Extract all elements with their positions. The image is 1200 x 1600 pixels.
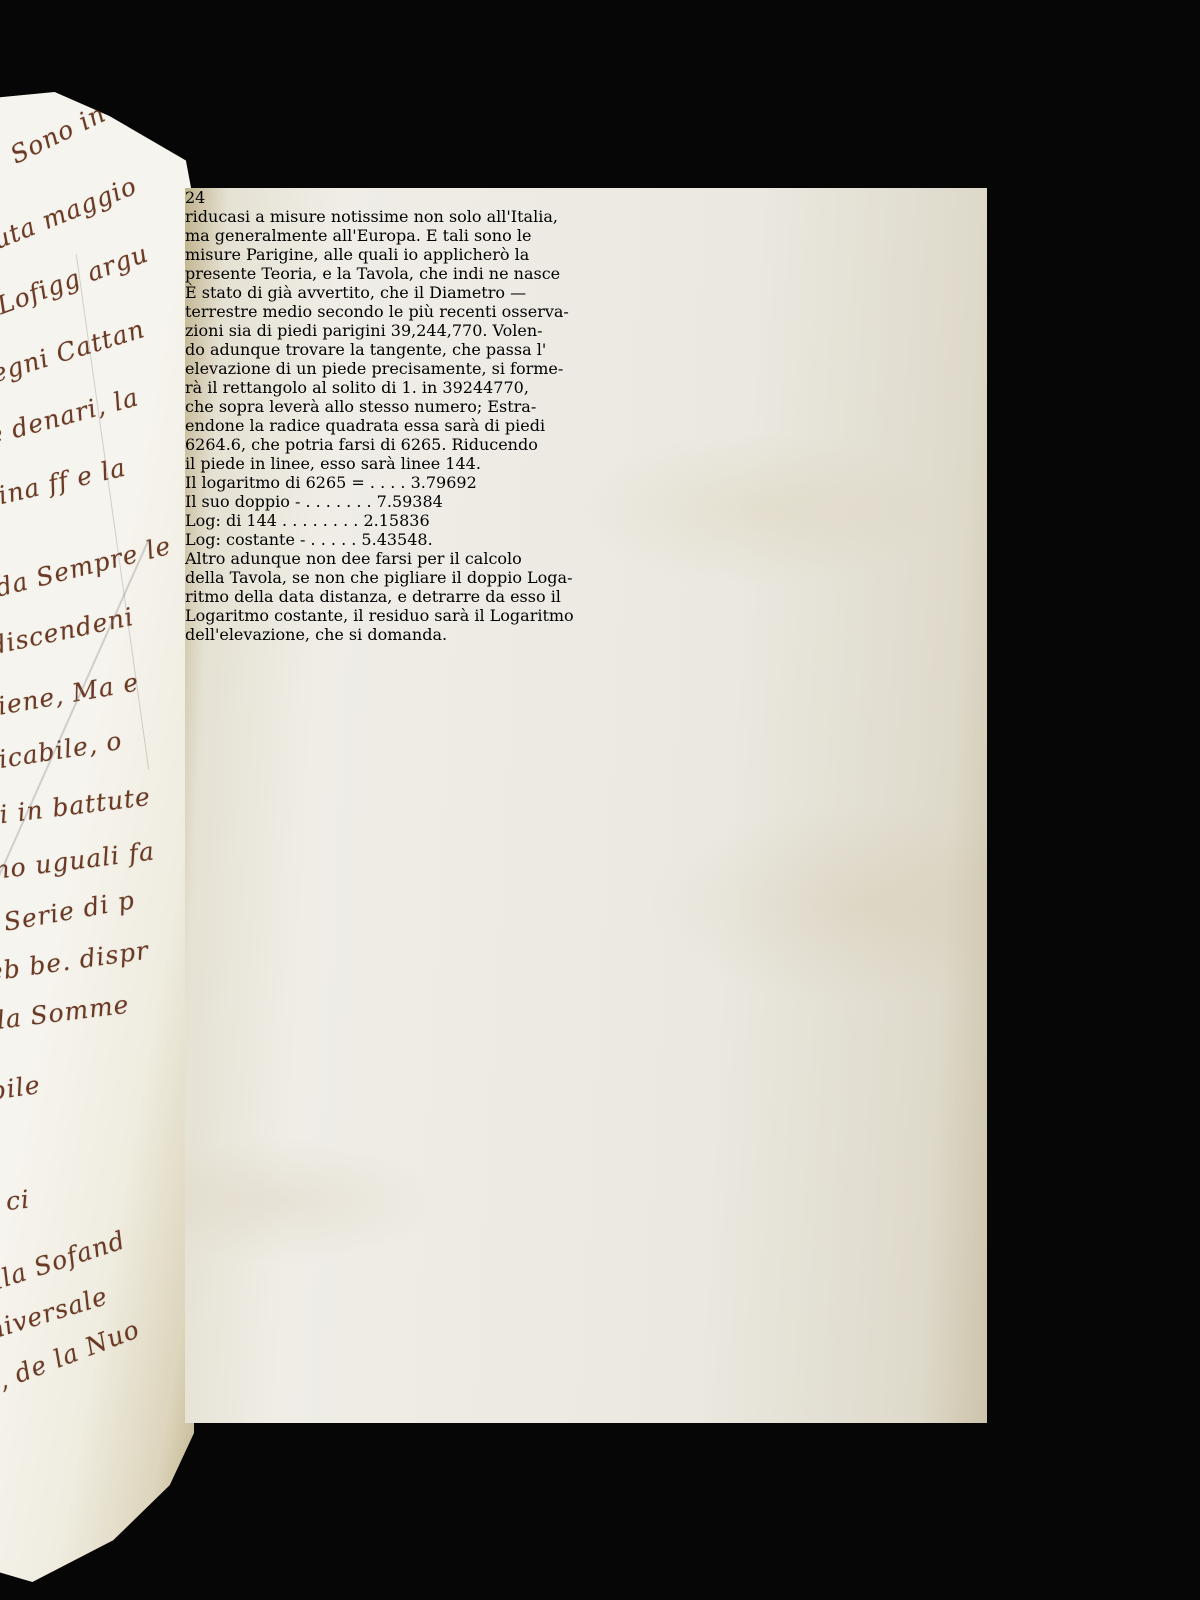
left-page-text-fragment: discendeni bbox=[0, 602, 136, 661]
manuscript-line: presente Teoria, e la Tavola, che indi n… bbox=[185, 264, 987, 283]
log-table-row: Il suo doppio - . . . . . . . 7.59384 bbox=[185, 492, 987, 511]
left-page-text-fragment: iene, Ma e bbox=[0, 667, 141, 720]
left-page-text-fragment: lla Somme bbox=[0, 990, 131, 1036]
log-table-label: Il logaritmo di 6265 = bbox=[185, 473, 365, 492]
log-table-value: 7.59384 bbox=[377, 492, 443, 511]
manuscript-line: ritmo della data distanza, e detrarre da… bbox=[185, 587, 987, 606]
manuscript-line: Altro adunque non dee farsi per il calco… bbox=[185, 549, 987, 568]
left-page-text-fragment: si in battute bbox=[0, 782, 152, 831]
manuscript-text-column: riducasi a misure notissime non solo all… bbox=[185, 207, 987, 644]
left-page: Sono in deri uta maggio Lofigg argu egni… bbox=[0, 92, 194, 1582]
left-page-text-fragment: lla Sofand bbox=[0, 1225, 129, 1295]
manuscript-line: che sopra leverà allo stesso numero; Est… bbox=[185, 397, 987, 416]
struck-word: terrestre bbox=[185, 302, 257, 321]
dot-leader: . . . . . bbox=[311, 530, 357, 549]
manuscript-line-pre: che bbox=[185, 397, 219, 416]
manuscript-line-rest: medio secondo le più recenti osserva- bbox=[257, 302, 568, 321]
left-page-text-fragment: da Sempre le bbox=[0, 531, 174, 603]
log-table-row: Log: di 144 . . . . . . . . 2.15836 bbox=[185, 511, 987, 530]
manuscript-line: terrestre medio secondo le più recenti o… bbox=[185, 302, 987, 321]
manuscript-line: elevazione di un piede precisamente, si … bbox=[185, 359, 987, 378]
left-page-text-fragment: ci bbox=[4, 1185, 31, 1216]
manuscript-line: riducasi a misure notissime non solo all… bbox=[185, 207, 987, 226]
manuscript-line: ma generalmente all'Europa. E tali sono … bbox=[185, 226, 987, 245]
left-page-text-fragment: Lofigg argu bbox=[0, 239, 152, 321]
left-page-text-fragment: eb be. dispr bbox=[0, 936, 151, 987]
manuscript-line: 6264.6, che potria farsi di 6265. Riduce… bbox=[185, 435, 987, 454]
manuscript-photo-stage: Sono in deri uta maggio Lofigg argu egni… bbox=[0, 0, 1200, 1600]
dot-leader: . . . . . . . bbox=[292, 511, 358, 530]
right-page: 24 riducasi a misure notissime non solo … bbox=[185, 188, 987, 1423]
manuscript-line: il piede in linee, esso sarà linee 144. bbox=[185, 454, 987, 473]
left-page-text-fragment: tina ff e la bbox=[0, 453, 129, 513]
manuscript-line: zioni sia di piedi parigini 39,244,770. … bbox=[185, 321, 987, 340]
log-table-value-underlined: 2.15836 bbox=[363, 511, 429, 530]
log-table-row: Log: costante - . . . . . 5.43548. bbox=[185, 530, 987, 549]
log-table-value: 3.79692 bbox=[411, 473, 477, 492]
log-table-value: 5.43548. bbox=[361, 530, 432, 549]
manuscript-line-rest: leverà allo stesso numero; Estra- bbox=[264, 397, 536, 416]
manuscript-line: rà il rettangolo al solito di 1. in 3924… bbox=[185, 378, 987, 397]
manuscript-line: È stato di già avvertito, che il Diametr… bbox=[185, 283, 987, 302]
left-page-text-fragment: Serie di p bbox=[1, 885, 137, 937]
left-page-text-fragment: uta maggio bbox=[0, 171, 141, 255]
left-page-text-fragment: ticabile, o bbox=[0, 726, 124, 776]
left-page-text-fragment: egni Cattan bbox=[0, 314, 148, 388]
log-table-label: Log: costante - bbox=[185, 530, 305, 549]
manuscript-line: Logaritmo costante, il residuo sarà il L… bbox=[185, 606, 987, 625]
log-table-row: Il logaritmo di 6265 = . . . . 3.79692 bbox=[185, 473, 987, 492]
manuscript-line: endone la radice quadrata essa sarà di p… bbox=[185, 416, 987, 435]
log-table-label: Log: di 144 . bbox=[185, 511, 287, 530]
dot-leader: . . . . bbox=[370, 473, 406, 492]
manuscript-line: do adunque trovare la tangente, che pass… bbox=[185, 340, 987, 359]
scribbled-out-word: sopra bbox=[219, 397, 264, 416]
left-page-text-fragment: bile bbox=[0, 1070, 42, 1106]
left-page-text-fragment: mo uguali fa bbox=[0, 836, 156, 885]
left-page-text-fragment: e denari, la bbox=[0, 382, 142, 450]
manuscript-line: della Tavola, se non che pigliare il dop… bbox=[185, 568, 987, 587]
log-table-label: Il suo doppio - bbox=[185, 492, 300, 511]
left-page-text-fragment: Sono in deri bbox=[6, 71, 168, 170]
page-number: 24 bbox=[185, 188, 987, 207]
dot-leader: . . . . . . . bbox=[305, 492, 371, 511]
manuscript-line: dell'elevazione, che si domanda. bbox=[185, 625, 987, 644]
manuscript-line: misure Parigine, alle quali io applicher… bbox=[185, 245, 987, 264]
